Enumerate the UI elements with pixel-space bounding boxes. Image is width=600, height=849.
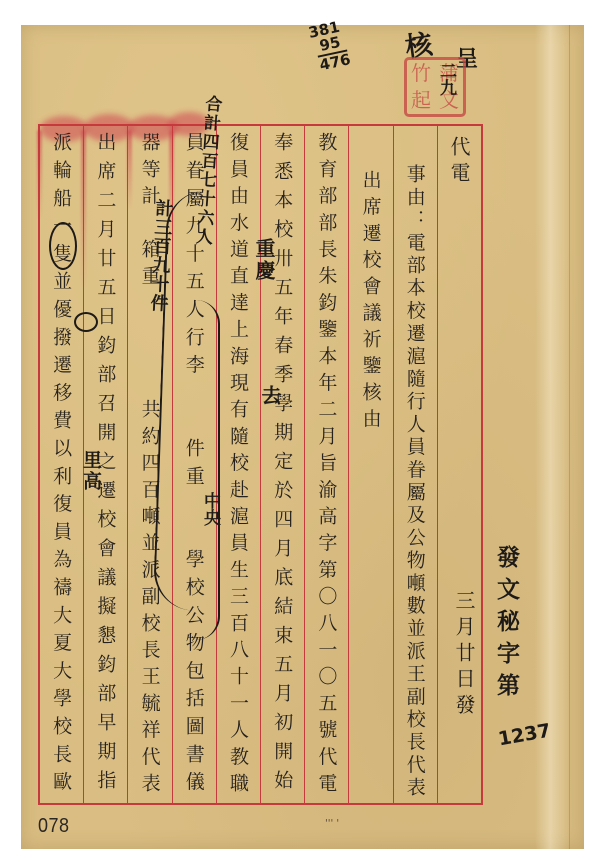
edit-bracket-stroke [196,300,220,640]
form-title: 代電 [438,136,481,188]
dispatch-number-label: 發文秘字第 [490,545,523,705]
form-column: 教育部部長朱鈞鑒本年二月旨渝高字第〇八一〇五號代電 [304,126,348,803]
dispatch-date: 三月廿日發 [450,590,479,720]
page-number: 078 [38,813,70,837]
paper-fold-line [569,25,570,849]
serial-mark: 二九 [434,62,459,96]
inserted-city-annotation: 重慶 [250,238,279,282]
subject-line: 事由：電部本校遷滬隨行人員眷屬及公物噸數並派王副校長代表 [394,164,437,800]
form-column: 出席遷校會議祈鑒核由 [348,126,392,803]
seal-char: 竹 [407,60,435,87]
body-line: 教育部部長朱鈞鑒本年二月旨渝高字第〇八一〇五號代電 [305,132,348,800]
edit-circle-mark [49,222,77,270]
body-line: 奉悉本校卅五年春季學期定於四月底結束五月初開始 [261,132,304,799]
inserted-margin-annotation: 里高 [78,450,105,492]
form-column: 復員由水道直達上海現有隨校赴滬員生三百八十一人教職 [216,126,260,803]
body-line: 復員由水道直達上海現有隨校赴滬員生三百八十一人教職 [217,132,260,800]
form-column: 事由：電部本校遷滬隨行人員眷屬及公物噸數並派王副校長代表 [393,126,437,803]
form-column: 奉悉本校卅五年春季學期定於四月底結束五月初開始 [260,126,304,803]
subject-line-cont: 出席遷校會議祈鑒核由 [349,170,392,435]
inserted-char-annotation: 去 [256,385,285,405]
paper-speck: ''' ' [325,818,339,829]
seal-char: 起 [407,87,435,114]
edit-circle-mark [74,312,98,332]
